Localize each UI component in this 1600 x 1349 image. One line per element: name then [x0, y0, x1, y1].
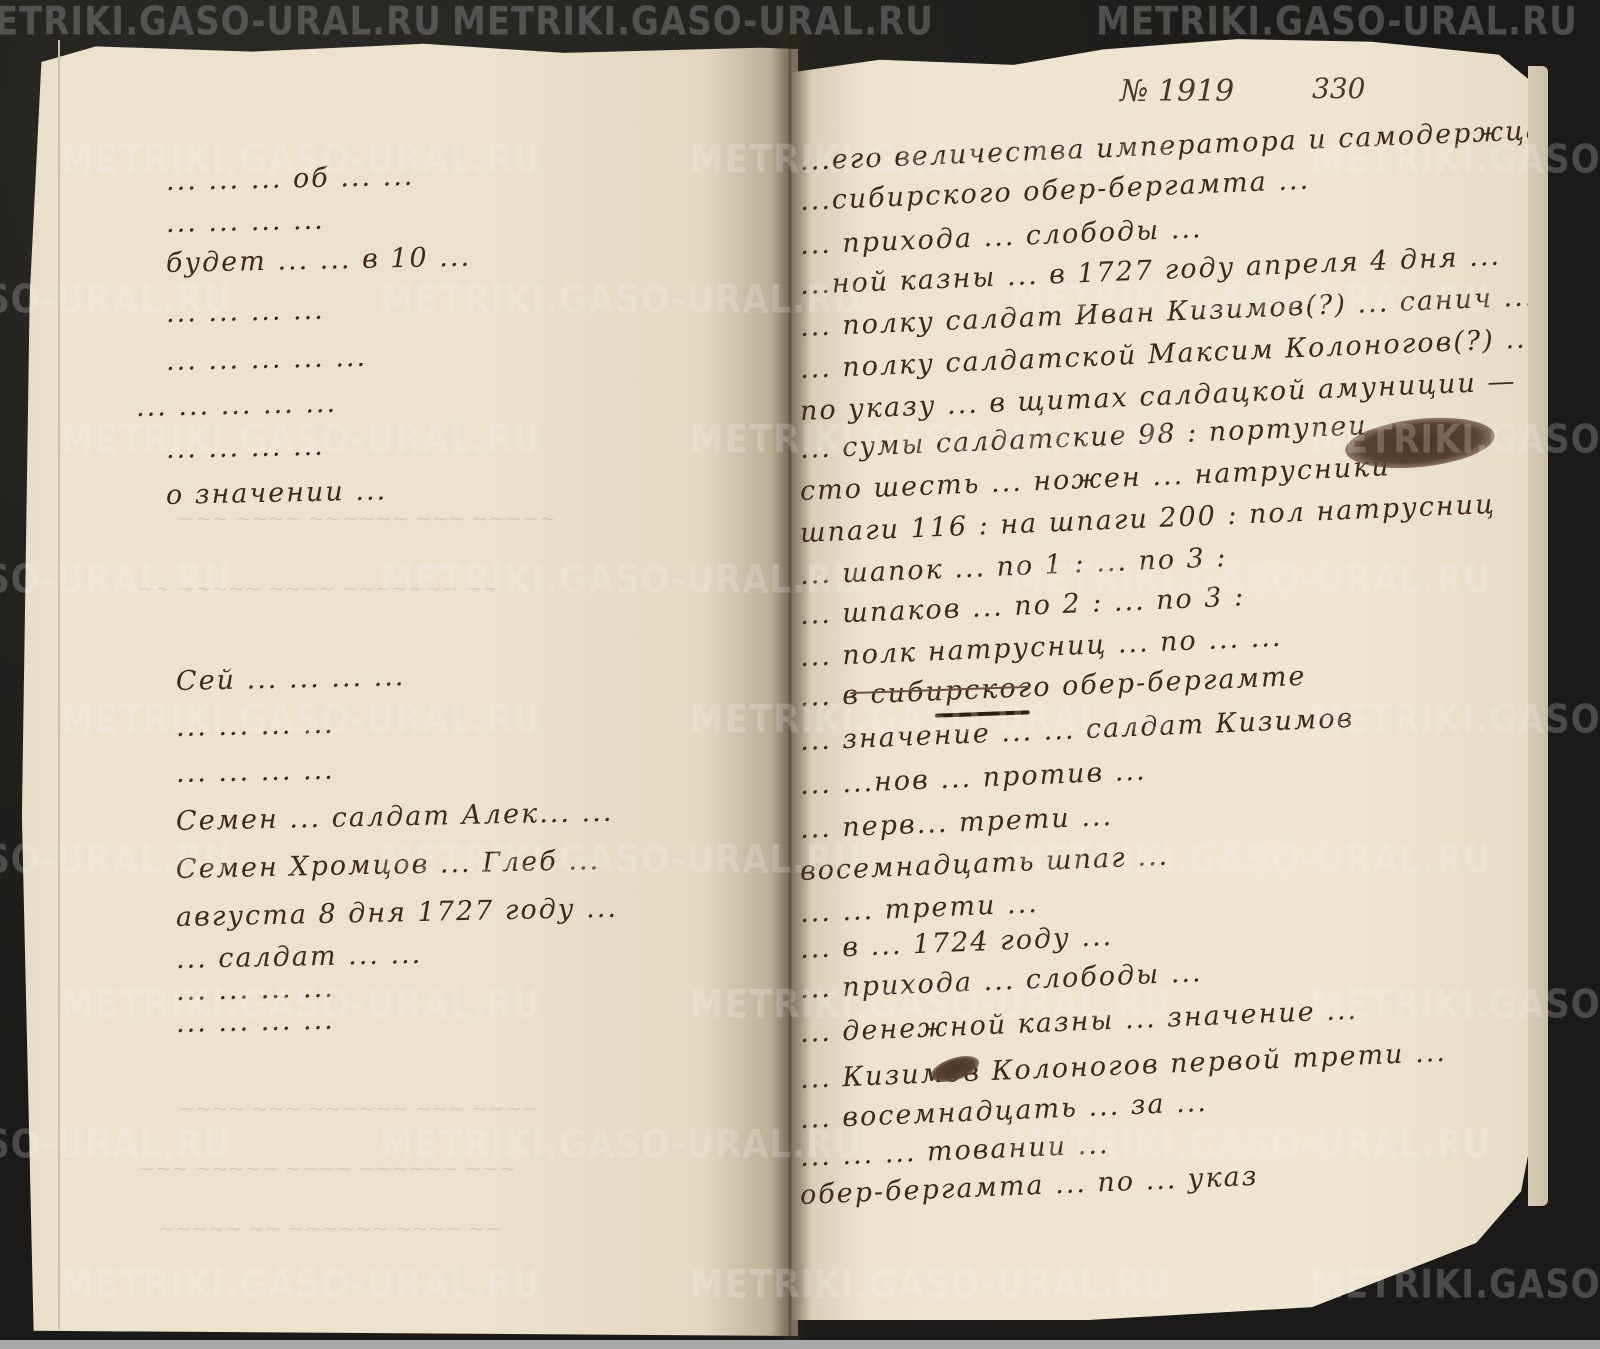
handwritten-line: ... прихода ... слободы ...: [799, 957, 1203, 1005]
folio-number: 330: [1312, 72, 1365, 105]
handwritten-line: августа 8 дня 1727 году ...: [176, 893, 619, 933]
handwritten-line: будет ... ... в 10 ...: [166, 242, 472, 279]
handwritten-line: ...его величества императора и самодержц…: [799, 115, 1536, 177]
handwritten-line: ... ... ... ... ...: [166, 342, 368, 377]
handwritten-line: ... ... ... ...: [166, 295, 325, 329]
handwritten-line: ... восемнадцать ... за ...: [799, 1087, 1208, 1135]
handwritten-line: ... ... ... ...: [176, 973, 335, 1007]
handwritten-line: ... салдат ... ...: [176, 939, 423, 975]
handwritten-line: ... значение ... ... салдат Кизимов: [799, 703, 1354, 757]
handwritten-line: Семен ... салдат Алек... ...: [176, 797, 614, 837]
handwritten-line: восемнадцать шпаг ...: [799, 841, 1169, 887]
handwritten-line: ... шапок ... по 1 : ... по 3 :: [799, 542, 1228, 591]
handwritten-line: ... ... ... ...: [176, 709, 335, 743]
book-gutter: [770, 30, 810, 1340]
handwritten-line: ... денежной казны ... значение ...: [799, 995, 1358, 1049]
right-page: № 1919 330 ...его величества императора …: [790, 34, 1536, 1320]
bleed-through-text: ~~~~ ~~~ ~~~~~~ ~~~ ~~~~: [178, 1096, 539, 1120]
bleed-through-text: ~~~ ~~~~ ~~~~~~ ~~~ ~~~~~: [178, 506, 555, 530]
handwritten-line: ... ... трети ...: [799, 888, 1039, 929]
handwritten-line: ... ... ... ... ...: [136, 388, 338, 423]
handwritten-line: ... ...нов ... против ...: [799, 755, 1147, 800]
page-fold-line: [58, 40, 60, 1330]
bleed-through-text: ~~~ ~~~~~ ~~~~ ~~~~~~ ~~~: [138, 1156, 515, 1180]
handwritten-line: Сей ... ... ... ...: [176, 661, 406, 697]
page-edge-stack: [1528, 66, 1548, 1206]
handwritten-line: ... прихода ... слободы ...: [799, 213, 1203, 261]
handwritten-line: Семен Хромцов ... Глеб ...: [176, 845, 601, 885]
handwritten-line: ... ... ... товании ...: [799, 1129, 1110, 1173]
handwritten-line: ... в ... 1724 году ...: [799, 921, 1113, 965]
scan-bottom-strip: [0, 1340, 1600, 1349]
left-page: ~~~ ~~~~ ~~~~~~ ~~~ ~~~~~ ~~ ~~~~~ ~~~~ …: [18, 36, 798, 1336]
handwritten-line: ... перв... трети ...: [799, 801, 1113, 845]
handwritten-line: ... шпаков ... по 2 : ... по 3 :: [799, 581, 1245, 631]
handwritten-line: ... ... ... ...: [176, 1005, 335, 1039]
handwritten-line: ... Кизимов Колоногов первой трети ...: [799, 1037, 1447, 1095]
handwritten-line: ... ... ... ...: [166, 205, 325, 239]
bleed-through-text: ~~ ~~~~~ ~~~~ ~~~~~~~ ~~: [138, 576, 499, 600]
book-spread: ~~~ ~~~~ ~~~~~~ ~~~ ~~~~~ ~~ ~~~~~ ~~~~ …: [0, 0, 1600, 1340]
handwritten-line: ... ... ... об ... ...: [166, 161, 415, 197]
handwritten-line: ... ... ... ...: [176, 755, 335, 789]
handwritten-line: ... ... ... ...: [166, 431, 325, 465]
bleed-through-text: ~~~~~ ~~ ~~~~~~ ~~~~ ~~: [158, 1216, 502, 1240]
archive-number: № 1919: [1120, 74, 1234, 109]
handwritten-line: о значении ...: [166, 475, 388, 511]
